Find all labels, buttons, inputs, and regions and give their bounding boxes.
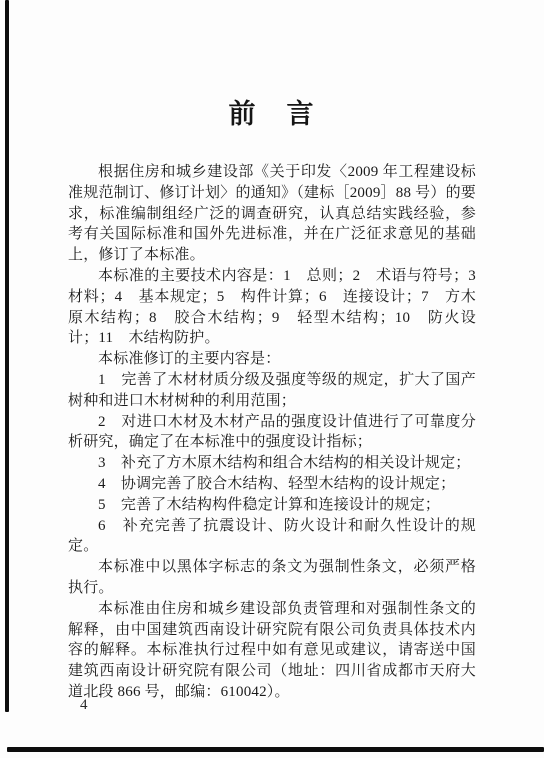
page-title: 前 言 <box>0 96 544 132</box>
revision-item-4: 4 协调完善了胶合木结构、轻型木结构的设计规定； <box>68 474 476 495</box>
revision-item-2: 2 对进口木材及木材产品的强度设计值进行了可靠度分析研究，确定了在本标准中的强度… <box>68 412 476 454</box>
revision-item-3: 3 补充了方木原木结构和组合木结构的相关设计规定； <box>68 453 476 474</box>
paragraph-technical-contents: 本标准的主要技术内容是：1 总则；2 术语与符号；3 材料；4 基本规定；5 构… <box>68 266 476 349</box>
revision-item-1: 1 完善了木材材质分级及强度等级的规定，扩大了国产树种和进口木材树种的利用范围； <box>68 370 476 412</box>
revision-item-6: 6 补充完善了抗震设计、防火设计和耐久性设计的规定。 <box>68 516 476 558</box>
document-body: 根据住房和城乡建设部《关于印发〈2009 年工程建设标准规范制订、修订计划〉的通… <box>68 162 476 703</box>
page-number: 4 <box>80 697 88 714</box>
paragraph-intro: 根据住房和城乡建设部《关于印发〈2009 年工程建设标准规范制订、修订计划〉的通… <box>68 162 476 266</box>
paragraph-revision-lead: 本标准修订的主要内容是： <box>68 349 476 370</box>
document-page: 前 言 根据住房和城乡建设部《关于印发〈2009 年工程建设标准规范制订、修订计… <box>0 0 544 758</box>
scan-artifact-bottom-edge <box>7 747 544 752</box>
paragraph-administration-contact: 本标准由住房和城乡建设部负责管理和对强制性条文的解释，由中国建筑西南设计研究院有… <box>68 599 476 703</box>
revision-item-5: 5 完善了木结构构件稳定计算和连接设计的规定； <box>68 495 476 516</box>
paragraph-mandatory-clauses: 本标准中以黑体字标志的条文为强制性条文，必须严格执行。 <box>68 557 476 599</box>
